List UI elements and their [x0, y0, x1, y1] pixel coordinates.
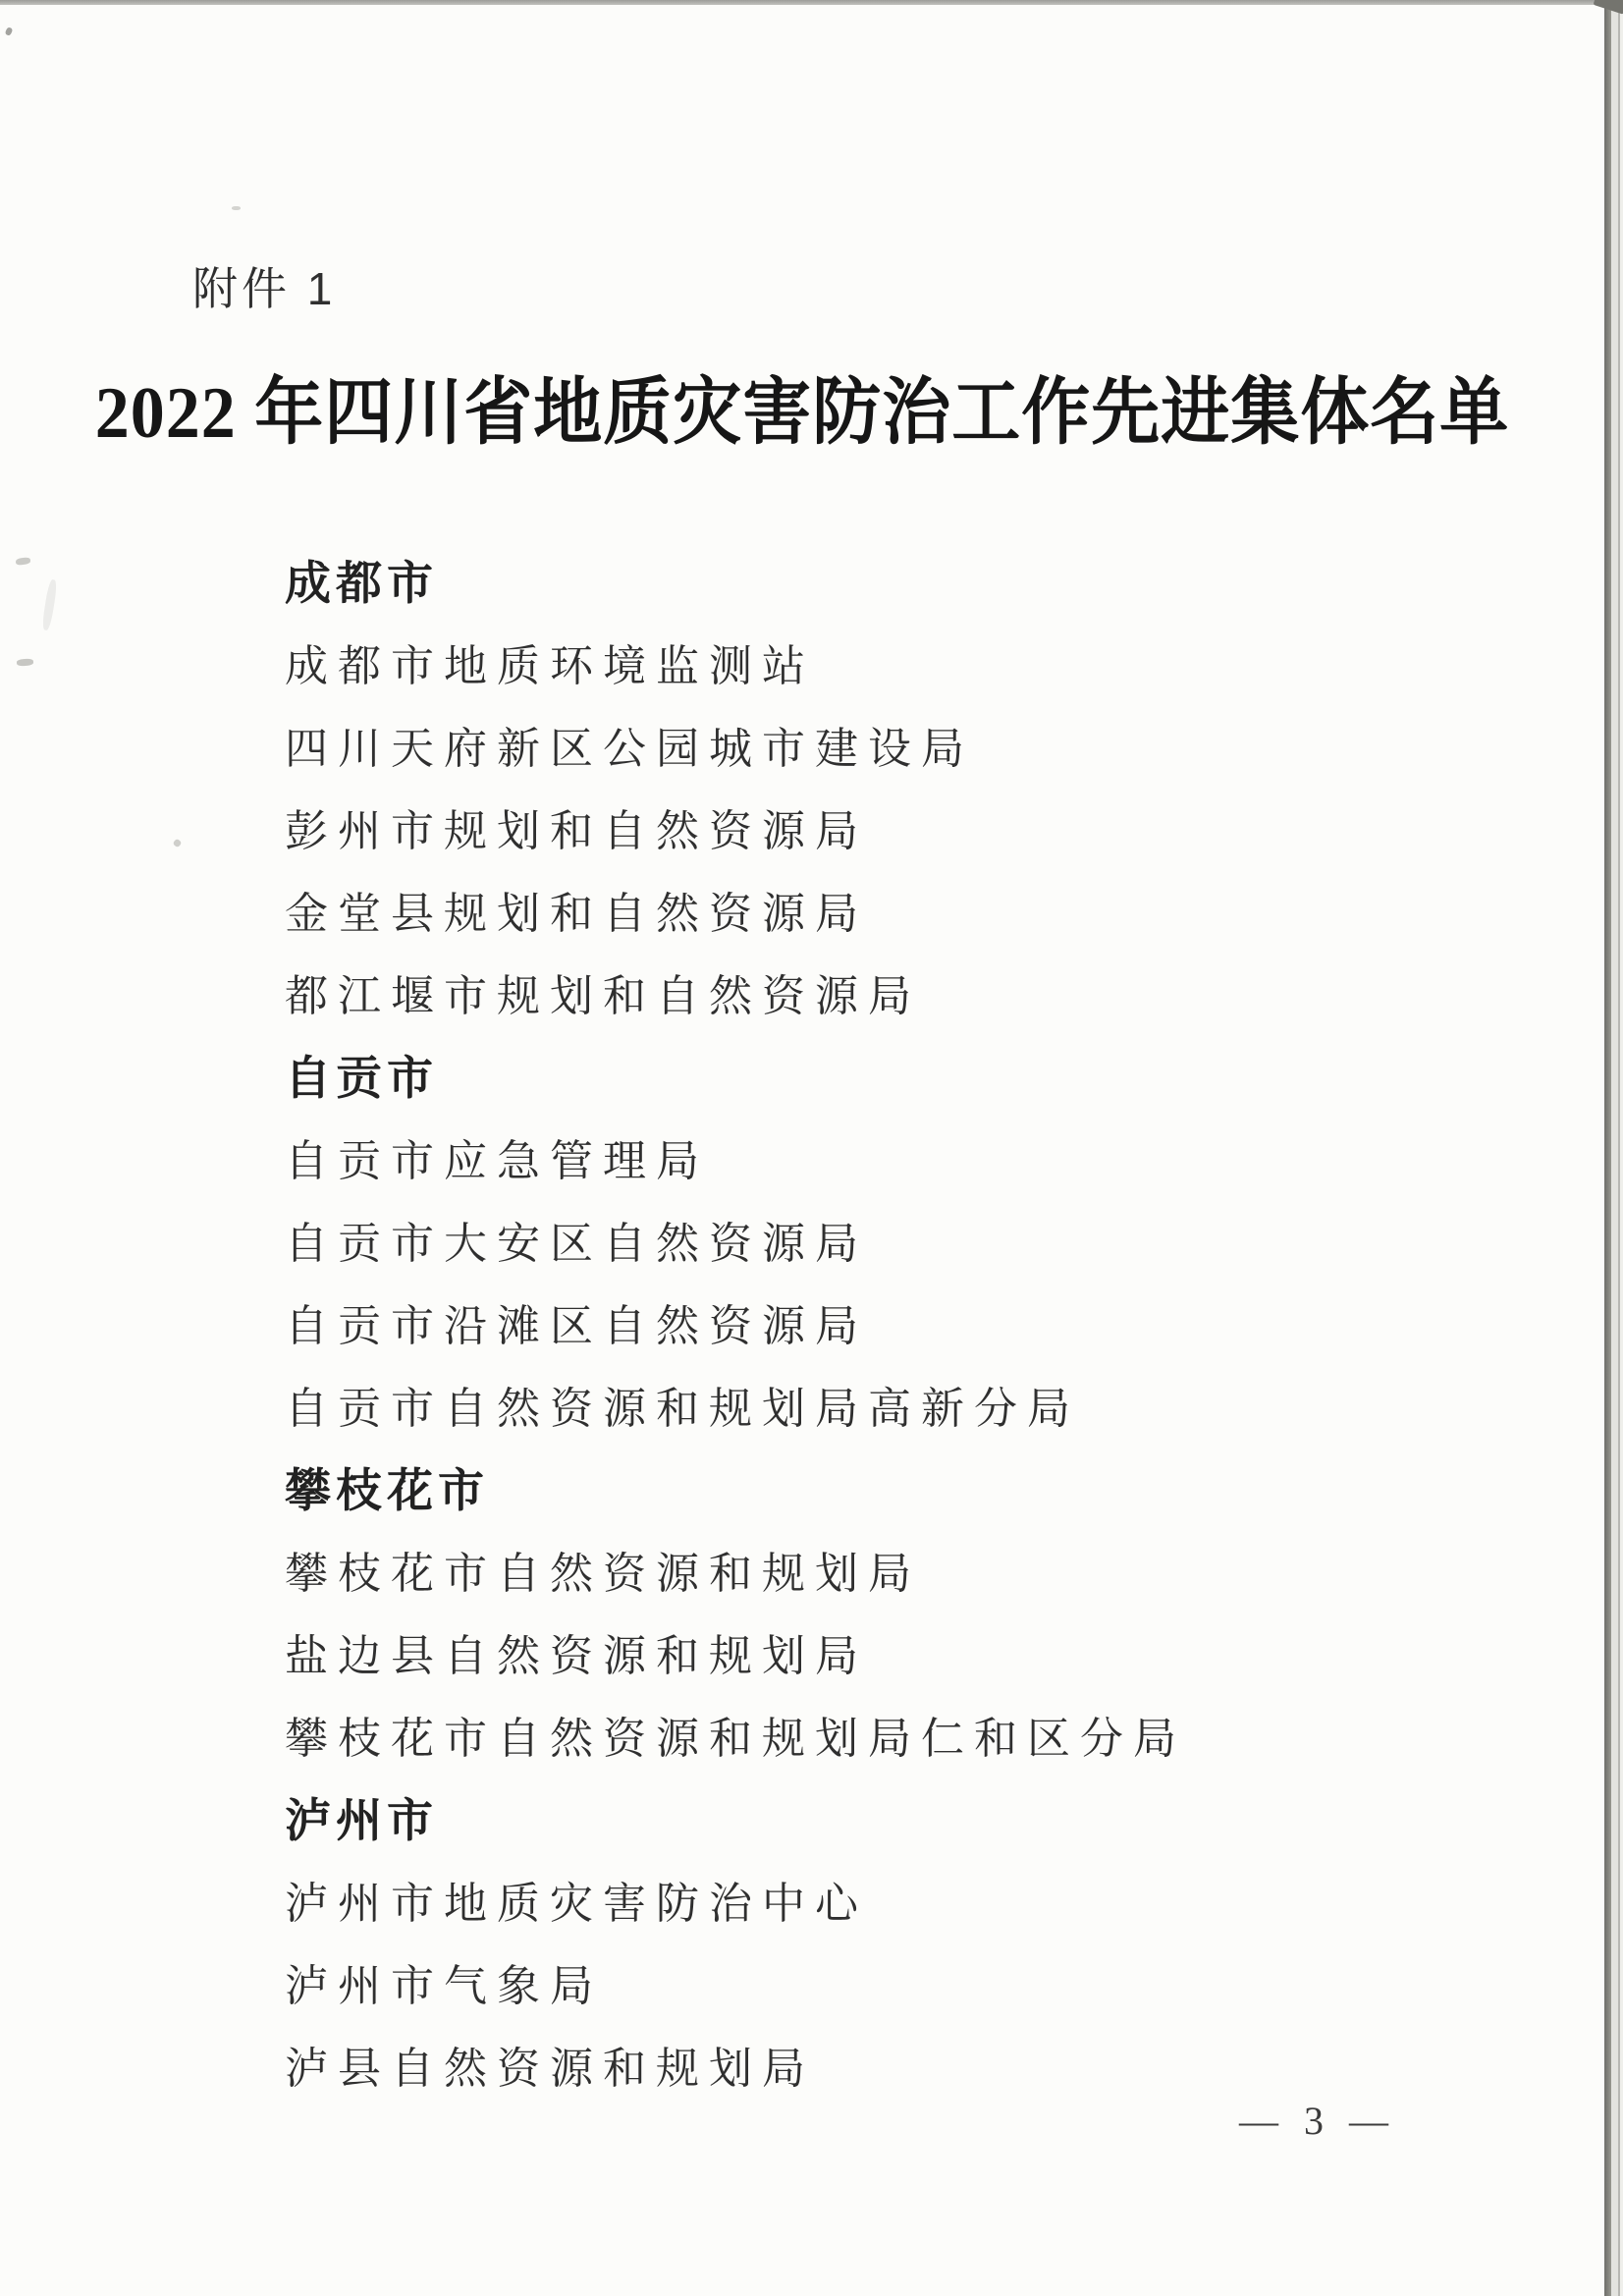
- scan-speck: [41, 579, 58, 631]
- scan-edge-right-light: [1611, 0, 1618, 2296]
- org-item: 自贡市自然资源和规划局高新分局: [285, 1363, 1463, 1446]
- org-item: 盐边县自然资源和规划局: [285, 1611, 1463, 1693]
- scan-speck: [5, 27, 14, 36]
- org-item: 四川天府新区公园城市建设局: [285, 703, 1463, 786]
- section-header-3: 泸州市: [285, 1776, 1463, 1858]
- document-page: 附件 1 2022 年四川省地质灾害防治工作先进集体名单 成都市成都市地质环境监…: [0, 0, 1623, 2296]
- scan-speck: [232, 206, 241, 210]
- org-item: 攀枝花市自然资源和规划局: [285, 1528, 1463, 1611]
- scan-edge-top: [0, 0, 1623, 5]
- section-header-2: 攀枝花市: [285, 1446, 1463, 1528]
- attachment-label: 附件 1: [192, 253, 336, 318]
- org-item: 攀枝花市自然资源和规划局仁和区分局: [285, 1693, 1463, 1776]
- org-item: 成都市地质环境监测站: [285, 621, 1463, 703]
- org-item: 彭州市规划和自然资源局: [285, 786, 1463, 868]
- page-number: — 3 —: [1239, 2098, 1396, 2144]
- org-item: 自贡市沿滩区自然资源局: [285, 1281, 1463, 1363]
- section-header-0: 成都市: [285, 538, 1463, 621]
- section-header-1: 自贡市: [285, 1033, 1463, 1116]
- scan-speck: [16, 557, 31, 566]
- org-item: 自贡市大安区自然资源局: [285, 1198, 1463, 1281]
- org-item: 自贡市应急管理局: [285, 1116, 1463, 1198]
- document-title: 2022 年四川省地质灾害防治工作先进集体名单: [0, 354, 1604, 459]
- scan-edge-right-dark: [1604, 0, 1611, 2296]
- scan-speck: [17, 658, 33, 666]
- org-item: 泸州市气象局: [285, 1941, 1463, 2023]
- org-item: 金堂县规划和自然资源局: [285, 868, 1463, 951]
- org-item: 泸县自然资源和规划局: [285, 2023, 1463, 2105]
- org-item: 都江堰市规划和自然资源局: [285, 951, 1463, 1033]
- award-list: 成都市成都市地质环境监测站四川天府新区公园城市建设局彭州市规划和自然资源局金堂县…: [285, 538, 1463, 2105]
- scan-speck: [173, 839, 183, 848]
- org-item: 泸州市地质灾害防治中心: [285, 1858, 1463, 1941]
